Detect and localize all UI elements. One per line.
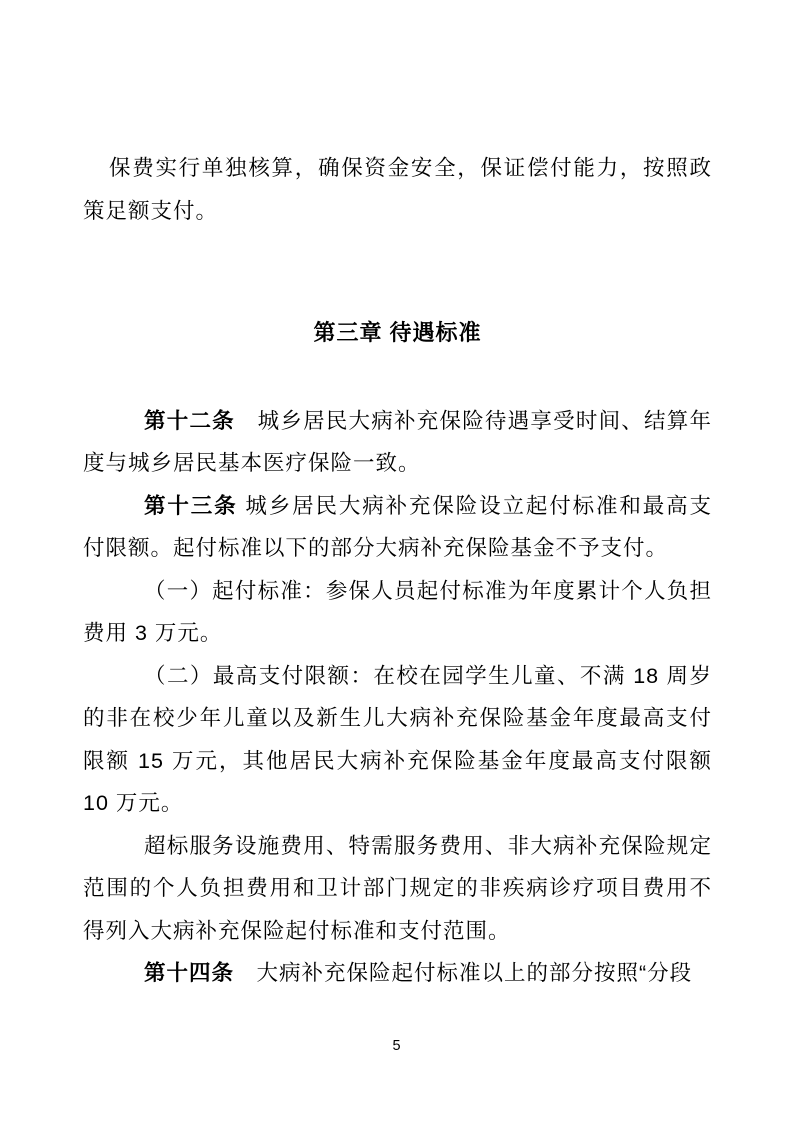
page-number: 5 (0, 1036, 793, 1056)
item-paragraph-2: （二）最高支付限额：在校在园学生儿童、不满 18 周岁的非在校少年儿童以及新生儿… (83, 655, 712, 825)
article-paragraph-13: 第十三条 城乡居民大病补充保险设立起付标准和最高支付限额。起付标准以下的部分大病… (83, 485, 712, 570)
paragraph-text: 超标服务设施费用、特需服务费用、非大病补充保险规定范围的个人负担费用和卫计部门规… (83, 834, 712, 943)
paragraph-text: 大病补充保险起付标准以上的部分按照“分段 (234, 961, 692, 985)
article-paragraph-12: 第十二条 城乡居民大病补充保险待遇享受时间、结算年度与城乡居民基本医疗保险一致。 (83, 400, 712, 485)
article-number: 第十二条 (144, 409, 235, 433)
paragraph-text: （二）最高支付限额：在校在园学生儿童、不满 18 周岁的非在校少年儿童以及新生儿… (83, 664, 712, 816)
exclusion-paragraph: 超标服务设施费用、特需服务费用、非大病补充保险规定范围的个人负担费用和卫计部门规… (83, 825, 712, 953)
document-page: 保费实行单独核算，确保资金安全，保证偿付能力，按照政策足额支付。 第三章 待遇标… (0, 0, 793, 1122)
chapter-heading: 第三章 待遇标准 (83, 312, 712, 355)
intro-paragraph: 保费实行单独核算，确保资金安全，保证偿付能力，按照政策足额支付。 (83, 147, 712, 232)
paragraph-text: 保费实行单独核算，确保资金安全，保证偿付能力，按照政策足额支付。 (83, 156, 712, 223)
article-number: 第十三条 (144, 494, 238, 518)
article-paragraph-14: 第十四条 大病补充保险起付标准以上的部分按照“分段 (83, 952, 712, 995)
article-number: 第十四条 (144, 961, 234, 985)
item-paragraph-1: （一）起付标准：参保人员起付标准为年度累计个人负担费用 3 万元。 (83, 570, 712, 655)
document-body: 保费实行单独核算，确保资金安全，保证偿付能力，按照政策足额支付。 第三章 待遇标… (83, 147, 712, 995)
paragraph-text: （一）起付标准：参保人员起付标准为年度累计个人负担费用 3 万元。 (83, 579, 712, 646)
